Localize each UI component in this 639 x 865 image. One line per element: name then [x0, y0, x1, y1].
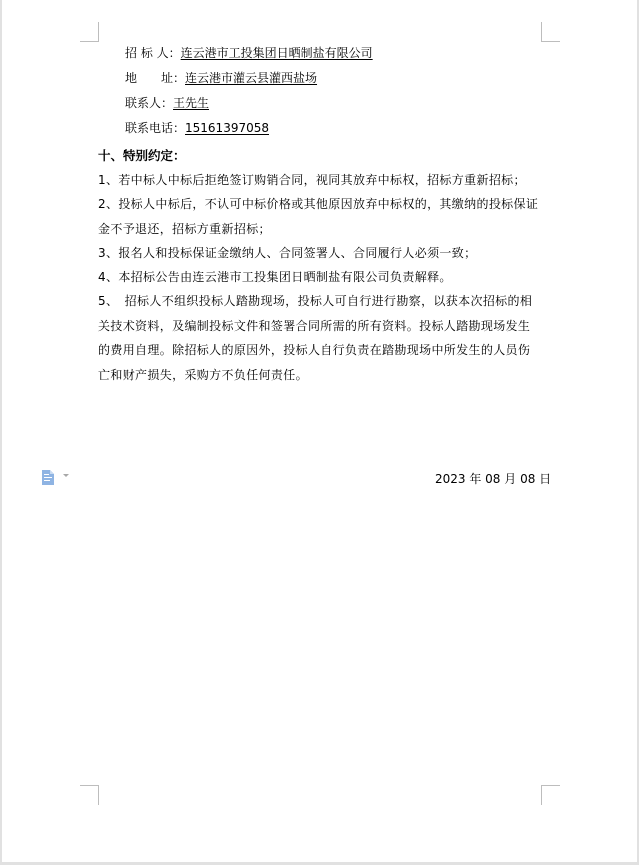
document-icon[interactable] [42, 470, 54, 485]
caret-down-icon[interactable] [63, 474, 69, 477]
section-heading: 十、特别约定： [98, 148, 186, 164]
margin-corner-top-left [80, 22, 99, 42]
clause-2: 2、投标人中标后，不认可中标价格或其他原因放弃中标权的，其缴纳的投标保证金不予退… [98, 192, 542, 241]
phone-line: 联系电话：15161397058 [125, 120, 283, 136]
phone-label: 联系电话： [125, 120, 185, 136]
contact-person-value: 王先生 [173, 96, 209, 110]
contact-person-label: 联系人： [125, 95, 173, 111]
clause-1: 1、若中标人中标后拒绝签订购销合同，视同其放弃中标权，招标方重新招标； [98, 168, 542, 193]
address-line: 地 址：连云港市灌云县灌西盐场 [125, 70, 317, 86]
margin-corner-bottom-left [80, 785, 99, 805]
clause-4: 4、本招标公告由连云港市工投集团日晒制盐有限公司负责解释。 [98, 265, 542, 290]
address-label: 地 址： [125, 70, 185, 86]
phone-value: 15161397058 [185, 121, 283, 135]
tenderer-line: 招 标 人：连云港市工投集团日晒制盐有限公司 [125, 45, 373, 61]
address-value: 连云港市灌云县灌西盐场 [185, 71, 317, 85]
contact-person-line: 联系人：王先生 [125, 95, 209, 111]
margin-corner-bottom-right [541, 785, 560, 805]
document-date: 2023 年 08 月 08 日 [435, 471, 551, 487]
margin-corner-top-right [541, 22, 560, 42]
clause-5: 5、 招标人不组织投标人踏勘现场，投标人可自行进行勘察，以获本次招标的相关技术资… [98, 289, 542, 387]
tenderer-value: 连云港市工投集团日晒制盐有限公司 [181, 46, 373, 60]
tenderer-label: 招 标 人： [125, 45, 181, 61]
clause-3: 3、报名人和投标保证金缴纳人、合同签署人、合同履行人必须一致； [98, 241, 542, 266]
document-page: 招 标 人：连云港市工投集团日晒制盐有限公司 地 址：连云港市灌云县灌西盐场 联… [2, 0, 637, 862]
